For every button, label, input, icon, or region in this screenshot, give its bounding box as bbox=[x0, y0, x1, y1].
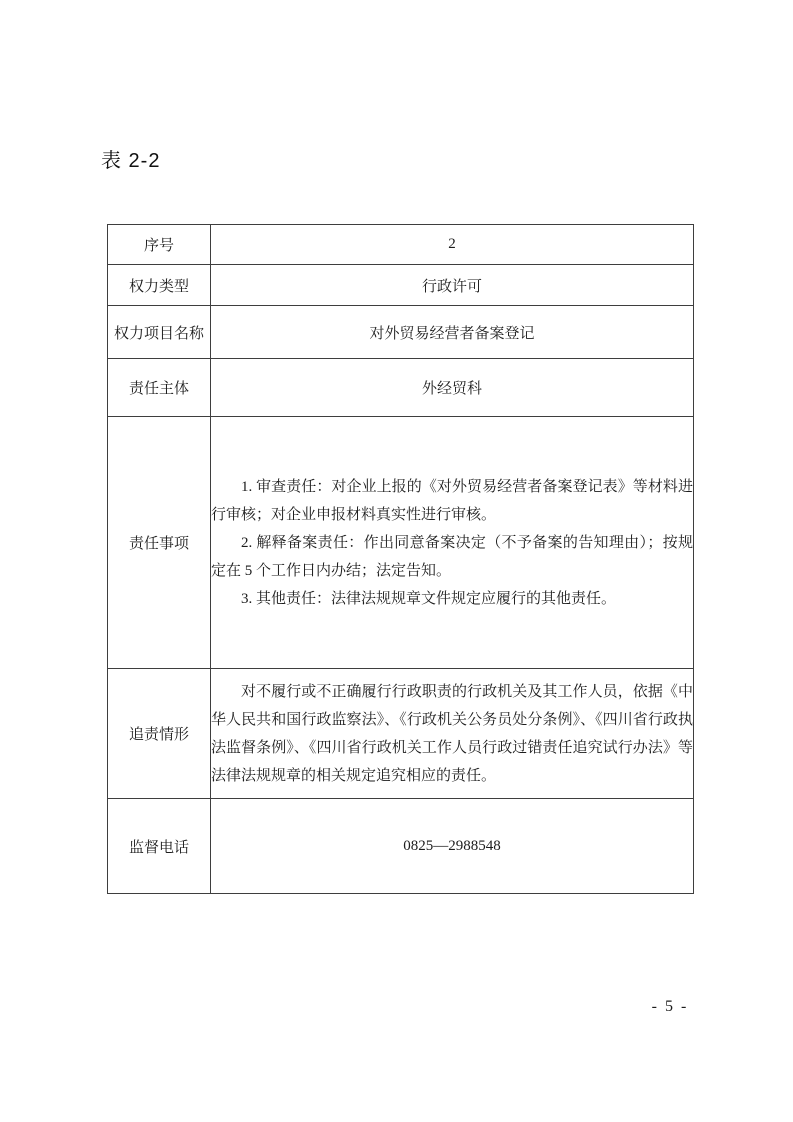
table-row-responsible-body: 责任主体 外经贸科 bbox=[108, 359, 694, 417]
duty-paragraph-other: 3. 其他责任：法律法规规章文件规定应履行的其他责任。 bbox=[211, 585, 693, 613]
table-row-duty-items: 责任事项 1. 审查责任：对企业上报的《对外贸易经营者备案登记表》等材料进行审核… bbox=[108, 417, 694, 669]
power-item-table: 序号 2 权力类型 行政许可 权力项目名称 对外贸易经营者备案登记 责任主体 外… bbox=[107, 224, 694, 894]
row-value-accountability: 对不履行或不正确履行行政职责的行政机关及其工作人员，依据《中华人民共和国行政监察… bbox=[211, 669, 694, 799]
table-caption: 表 2-2 bbox=[101, 144, 160, 173]
accountability-paragraph: 对不履行或不正确履行行政职责的行政机关及其工作人员，依据《中华人民共和国行政监察… bbox=[211, 678, 693, 790]
row-value-responsible-body: 外经贸科 bbox=[211, 359, 694, 417]
row-label-supervision-phone: 监督电话 bbox=[108, 799, 211, 894]
row-label-accountability: 追责情形 bbox=[108, 669, 211, 799]
duty-paragraph-decision: 2. 解释备案责任：作出同意备案决定（不予备案的告知理由）；按规定在 5 个工作… bbox=[211, 529, 693, 585]
table-row-power-type: 权力类型 行政许可 bbox=[108, 265, 694, 306]
row-value-power-item-name: 对外贸易经营者备案登记 bbox=[211, 306, 694, 359]
table-row-serial-number: 序号 2 bbox=[108, 225, 694, 265]
row-label-serial-number: 序号 bbox=[108, 225, 211, 265]
row-label-power-type: 权力类型 bbox=[108, 265, 211, 306]
row-value-duty-items: 1. 审查责任：对企业上报的《对外贸易经营者备案登记表》等材料进行审核；对企业申… bbox=[211, 417, 694, 669]
table-row-accountability: 追责情形 对不履行或不正确履行行政职责的行政机关及其工作人员，依据《中华人民共和… bbox=[108, 669, 694, 799]
row-value-power-type: 行政许可 bbox=[211, 265, 694, 306]
table-row-supervision-phone: 监督电话 0825—2988548 bbox=[108, 799, 694, 894]
row-value-supervision-phone: 0825—2988548 bbox=[211, 799, 694, 894]
row-value-serial-number: 2 bbox=[211, 225, 694, 265]
row-label-responsible-body: 责任主体 bbox=[108, 359, 211, 417]
row-label-power-item-name: 权力项目名称 bbox=[108, 306, 211, 359]
duty-paragraph-review: 1. 审查责任：对企业上报的《对外贸易经营者备案登记表》等材料进行审核；对企业申… bbox=[211, 473, 693, 529]
page-number: - 5 - bbox=[630, 998, 710, 1016]
document-page: 表 2-2 序号 2 权力类型 行政许可 权力项目名称 对外贸易经营者备案登记 … bbox=[0, 0, 793, 1122]
row-label-duty-items: 责任事项 bbox=[108, 417, 211, 669]
table-row-power-item-name: 权力项目名称 对外贸易经营者备案登记 bbox=[108, 306, 694, 359]
